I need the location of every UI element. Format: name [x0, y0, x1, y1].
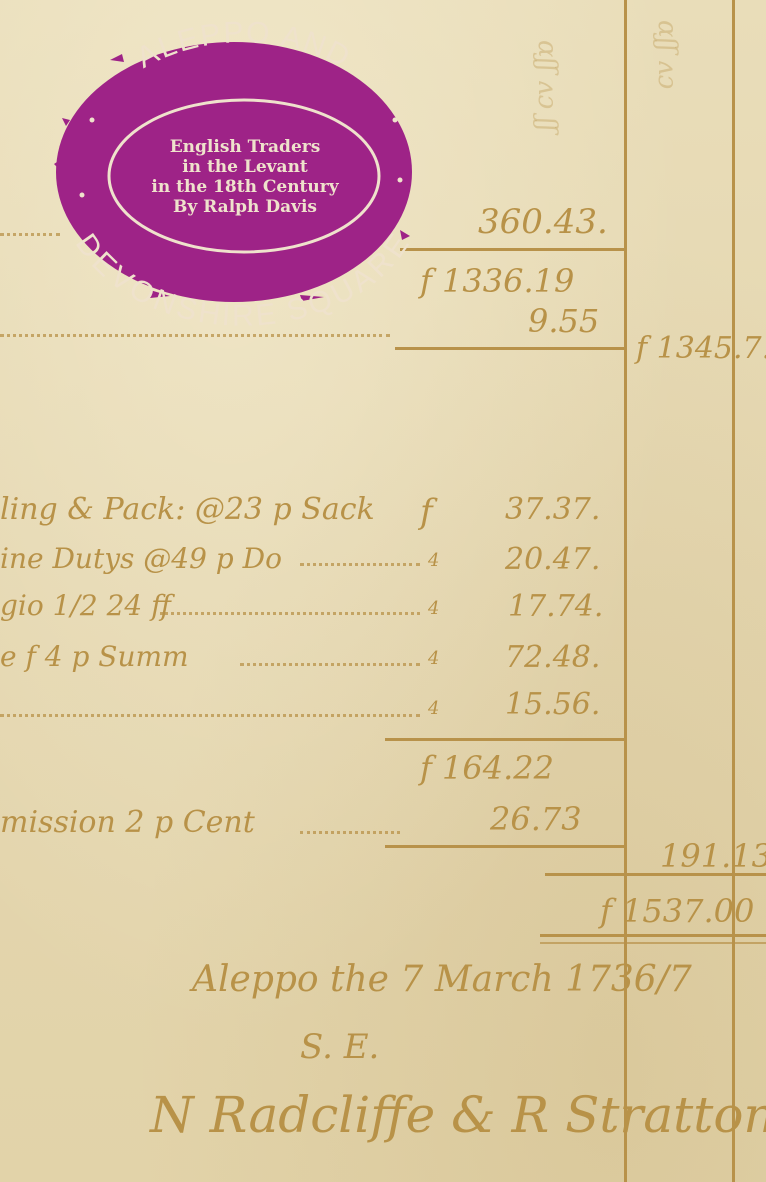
book-cover: ɑʃʃ ʌɔ ʃʃ ɑʃʃ ʌɔ 360.43. f 1336.19 9.55 …: [0, 0, 766, 1182]
ledger-entry-marker: f: [420, 495, 433, 529]
ledger-entry-marker: 4: [428, 552, 439, 570]
ledger-dateline: Aleppo the 7 March 1736/7: [192, 962, 692, 998]
ledger-entry-description: gio 1/2 24 ff: [0, 592, 171, 620]
ledger-signature: N Radcliffe & R Stratton: [150, 1090, 766, 1140]
ledger-entry-description: ine Dutys @49 p Do: [0, 545, 282, 573]
ledger-dotted-leader: [300, 831, 400, 834]
ledger-entry-description: ling & Pack: @23 p Sack: [0, 495, 375, 525]
stamp-subtitle-line: English Traders: [170, 137, 321, 157]
ledger-entry-marker: 4: [428, 700, 439, 718]
ledger-entry-amount: 37.37.: [505, 495, 600, 525]
stamp-author: By Ralph Davis: [173, 197, 317, 217]
title-stamp: ALEPPO AND DEVONSHIRE SQUARE English Tra…: [0, 0, 766, 400]
ledger-commission-amount: 26.73: [490, 803, 582, 835]
ledger-column-total: 191.13: [660, 840, 766, 872]
stamp-subtitle-line: in the 18th Century: [151, 177, 339, 197]
ledger-entry-description: e f 4 p Summ: [0, 643, 189, 671]
ledger-rule: [540, 934, 766, 937]
ledger-entry-amount: 72.48.: [505, 643, 600, 673]
ledger-dotted-leader: [300, 563, 420, 566]
ledger-dotted-leader: [160, 612, 420, 615]
ledger-entry-amount: 15.56.: [505, 690, 600, 720]
ledger-commission-description: mission 2 p Cent: [0, 808, 255, 838]
ledger-entry-amount: 20.47.: [505, 545, 600, 575]
ledger-subtotal: f 164.22: [420, 752, 554, 784]
ledger-entry-marker: 4: [428, 650, 439, 668]
ledger-entry-marker: 4: [428, 600, 439, 618]
ledger-rule: [540, 942, 766, 944]
ledger-dotted-leader: [0, 714, 420, 717]
ledger-entry-amount: 17.74.: [508, 592, 603, 622]
ledger-dotted-leader: [240, 663, 420, 666]
stamp-subtitle-line: in the Levant: [182, 157, 308, 177]
ledger-rule: [385, 845, 625, 848]
ledger-initials: S. E.: [300, 1030, 379, 1064]
ledger-grand-total: f 1537.00: [600, 895, 754, 927]
ledger-rule: [385, 738, 625, 741]
